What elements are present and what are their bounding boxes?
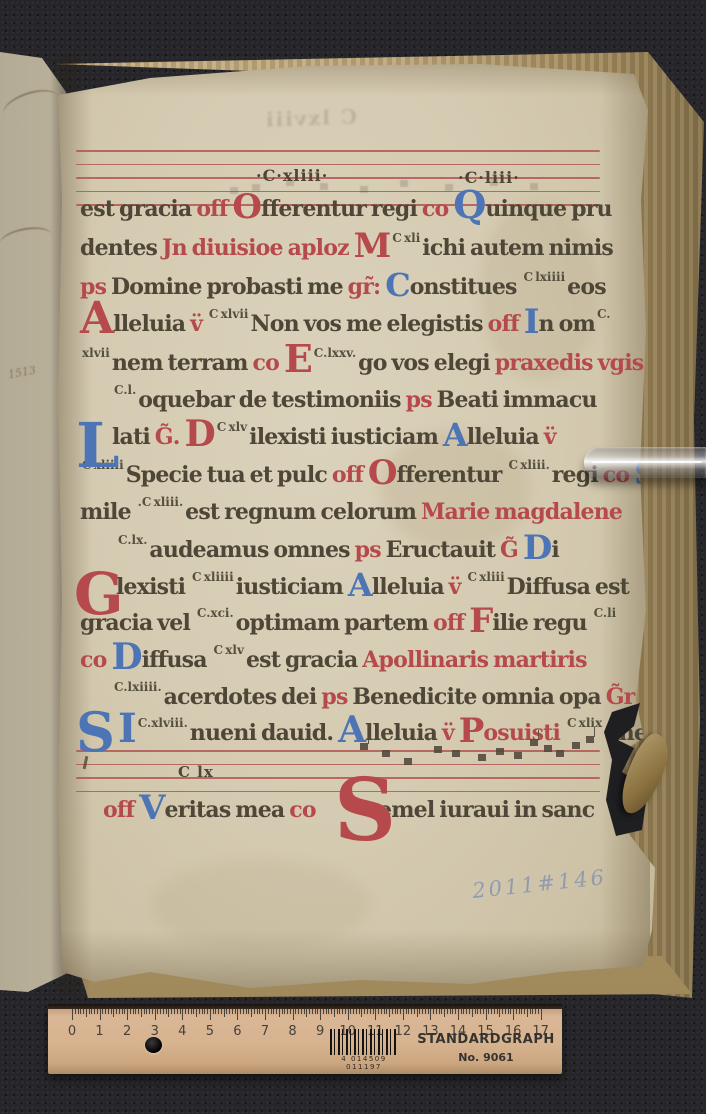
ruler-tick (356, 1009, 357, 1014)
text-segment: V (139, 788, 164, 828)
ruler-tick (229, 1009, 230, 1014)
ruler-tick (191, 1009, 192, 1014)
text-segment: lleluia (467, 424, 544, 450)
text-segment: fferentur (397, 462, 507, 488)
ruler-tick (268, 1009, 269, 1014)
ruler-tick (171, 1009, 172, 1014)
chapter-number-superscript: C.lxxv. (314, 346, 356, 360)
text-line: est gracia off Offerentur regi co Quinqu… (80, 198, 612, 220)
chapter-number-superscript: C.li (594, 606, 617, 620)
ruler-tick (486, 1009, 487, 1020)
illuminated-initial: L (76, 418, 118, 474)
ruler-cm-number: 6 (233, 1024, 241, 1039)
text-line: C xliiiiSpecie tua et pulc off Offerentu… (80, 464, 662, 489)
ruler-tick (497, 1009, 498, 1014)
ruler-tick (146, 1009, 147, 1014)
text-line: C.lxiiii.acerdotes dei ps Benedicite omn… (112, 686, 634, 711)
chapter-number-superscript: C xliii (468, 570, 505, 584)
ruler-tick (100, 1009, 101, 1020)
ruler-tick (199, 1009, 200, 1014)
ruler-tick (207, 1009, 208, 1014)
ruler-tick (359, 1009, 360, 1014)
ruler-tick (301, 1009, 302, 1014)
ruler-tick (397, 1009, 398, 1014)
ruler-tick (141, 1009, 142, 1017)
ruler-tick (414, 1009, 415, 1014)
text-segment: F (469, 601, 492, 641)
ruler-tick (221, 1009, 222, 1014)
text-segment: eos (567, 274, 606, 300)
text-line: mile .C xliii.est regnum celorum Marie m… (80, 501, 622, 526)
ruler-tick (259, 1009, 260, 1014)
ruler-tick (254, 1009, 255, 1014)
ruler-tick (513, 1009, 514, 1020)
ruler-tick (378, 1009, 379, 1014)
text-segment: i (551, 537, 559, 563)
ruler-tick (400, 1009, 401, 1014)
ruler-tick (480, 1009, 481, 1014)
ruler-tick (287, 1009, 288, 1014)
text-segment: est gracia (246, 647, 362, 673)
ruler-cm-number: 2 (123, 1024, 131, 1039)
barcode-digits: 4 014509 011197 (324, 1055, 404, 1071)
ruler-tick (276, 1009, 277, 1014)
text-line: IC.xlviii.nueni dauid. Alleluia v̈ Posui… (118, 722, 647, 747)
text-segment: Eructauit (386, 537, 500, 563)
text-segment: go vos elegi (358, 350, 495, 376)
ruler-tick (124, 1009, 125, 1014)
text-line: Alleluia v̈ C xlviiNon vos me elegistis … (80, 313, 613, 338)
ruler-cm-number: 7 (261, 1024, 269, 1039)
ruler-tick (218, 1009, 219, 1014)
ruler-tick (364, 1009, 365, 1014)
text-segment: emel iuraui in sanc (378, 797, 594, 823)
ruler-tick (491, 1009, 492, 1014)
ruler-tick (282, 1009, 283, 1014)
text-segment: D (185, 413, 215, 455)
text-segment: Beati immacu (437, 387, 597, 413)
ruler-tick (262, 1009, 263, 1014)
text-segment: lexisti (116, 574, 190, 600)
text-segment: dentes (80, 235, 162, 261)
ghost-neume (530, 183, 538, 190)
ruler-tick (94, 1009, 95, 1014)
ruler-tick (290, 1009, 291, 1014)
ruler-tick (271, 1009, 272, 1014)
text-segment: audeamus omnes (149, 537, 354, 563)
ruler-tick (403, 1009, 404, 1020)
ruler-tick (541, 1009, 542, 1020)
ruler-tick (353, 1009, 354, 1014)
ruler-tick (348, 1009, 349, 1020)
text-segment: D (111, 636, 141, 678)
ghost-neume (400, 180, 408, 187)
neume-note (544, 745, 552, 752)
chapter-number-superscript: .C xliii. (138, 495, 183, 509)
text-segment: ps (355, 537, 386, 563)
ruler-tick (80, 1009, 81, 1014)
ruler-tick (75, 1009, 76, 1014)
text-line: gracia vel C.xci.optimam partem off Fili… (80, 612, 618, 637)
ruler-tick (224, 1009, 225, 1017)
ruler-tick (463, 1009, 464, 1014)
ruler-tick (298, 1009, 299, 1014)
staff-line (76, 177, 600, 179)
text-segment: off (433, 610, 469, 636)
ruler-tick (361, 1009, 362, 1017)
ruler-tick (185, 1009, 186, 1014)
ruler-tick (505, 1009, 506, 1014)
text-segment: G̃ (500, 537, 523, 563)
chapter-number-superscript: C.l. (114, 383, 136, 397)
ruler-tick (375, 1009, 376, 1020)
chapter-number-superscript: C xliiii (192, 570, 234, 584)
ruler-tick (237, 1009, 238, 1020)
text-segment: v̈ (544, 424, 556, 450)
ghost-neume (490, 179, 498, 186)
text-segment: D (523, 528, 551, 568)
ruler-tick (339, 1009, 340, 1014)
ruler-tick (408, 1009, 409, 1014)
illuminated-initial: S (76, 708, 113, 757)
ruler-tick (466, 1009, 467, 1014)
ruler-tick (508, 1009, 509, 1014)
text-segment: est regnum celorum (185, 499, 421, 525)
ruler-tick (295, 1009, 296, 1014)
ruler-tick (149, 1009, 150, 1014)
text-line: C.lx.audeamus omnes ps Eructauit G̃ Di (116, 539, 559, 564)
ruler-tick (450, 1009, 451, 1014)
ruler-tick (293, 1009, 294, 1020)
ruler-tick (510, 1009, 511, 1014)
ruler-tick (370, 1009, 371, 1014)
text-segment: fferentur regi (261, 196, 422, 222)
ruler-tick (406, 1009, 407, 1014)
ruler-tick (182, 1009, 183, 1020)
ruler-tick (532, 1009, 533, 1014)
text-segment: est gracia (80, 196, 196, 222)
text-segment: I (118, 705, 136, 752)
ruler-tick (309, 1009, 310, 1014)
text-segment: n om (539, 311, 595, 337)
ruler-tick (166, 1009, 167, 1014)
text-segment: G̃. (155, 424, 185, 450)
parchment-stain (150, 860, 370, 950)
neume-note (452, 750, 460, 757)
text-segment: ilexisti iusticiam (249, 424, 443, 450)
text-segment: Apollinaris martiris (362, 647, 586, 673)
ruler-tick (306, 1009, 307, 1017)
illuminated-initial: G (74, 568, 122, 620)
text-segment: eritas mea (164, 797, 289, 823)
text-line: lati G̃. DC xlvilexisti iusticiam Allelu… (112, 426, 556, 451)
ruler-tick (213, 1009, 214, 1014)
ruler-cm-number: 0 (68, 1024, 76, 1039)
text-segment: A (443, 416, 467, 454)
ruler: 01234567891011121314151617 4 014509 0111… (48, 1004, 562, 1074)
text-segment: off (196, 196, 232, 222)
ruler-tick (235, 1009, 236, 1014)
ruler-tick (284, 1009, 285, 1014)
ruler-tick (232, 1009, 233, 1014)
ruler-tick (317, 1009, 318, 1014)
text-segment: iusticiam (236, 574, 348, 600)
ruler-tick (519, 1009, 520, 1014)
ruler-tick (251, 1009, 252, 1017)
ruler-tick (155, 1009, 156, 1020)
ghost-neume (230, 187, 238, 194)
photograph-of-manuscript: 1513 C lxviii ·C·xliii··C·liii·C lxest g… (0, 0, 706, 1114)
ruler-tick (472, 1009, 473, 1017)
text-segment: co (289, 797, 315, 823)
neume-note (496, 748, 504, 755)
neume-stem (594, 727, 596, 737)
text-line: lexisti C xliiiiiusticiam Alleluia v̈ C … (116, 576, 629, 601)
text-segment: uinque pru (485, 196, 611, 222)
neume-note (530, 739, 538, 746)
neume-note (404, 758, 412, 765)
text-segment: gr̃: (348, 274, 386, 300)
ruler-tick (204, 1009, 205, 1014)
text-segment: P (459, 711, 484, 751)
text-segment: ilie regu (492, 610, 591, 636)
text-line: dentes Jn diuisioe aploz MC xliichi aute… (80, 237, 613, 262)
ruler-tick (381, 1009, 382, 1014)
ruler-tick (83, 1009, 84, 1014)
text-segment: O (368, 453, 397, 493)
ruler-tick (331, 1009, 332, 1014)
show-through-text: C lxviii (264, 104, 358, 131)
text-segment: co (422, 196, 453, 222)
text-segment: ichi autem nimis (422, 235, 613, 261)
neume-note (572, 742, 580, 749)
ruler-tick (163, 1009, 164, 1014)
neume-note (360, 743, 368, 750)
ruler-tick (447, 1009, 448, 1014)
chapter-number-superscript: C lxiiii (523, 270, 565, 284)
ruler-tick (108, 1009, 109, 1014)
text-segment: A (80, 293, 113, 344)
ruler-tick (538, 1009, 539, 1014)
ruler-tick (113, 1009, 114, 1017)
ruler-cm-number: 9 (316, 1024, 324, 1039)
ruler-tick (127, 1009, 128, 1020)
ruler-tick (304, 1009, 305, 1014)
text-segment: Benedicite omnia opa (352, 684, 605, 710)
ruler-tick (384, 1009, 385, 1014)
ghost-neume (320, 183, 328, 190)
ruler-tick (174, 1009, 175, 1014)
ruler-tick (430, 1009, 431, 1020)
text-segment: v̈ (190, 311, 207, 337)
ruler-tick (337, 1009, 338, 1014)
ruler-tick (395, 1009, 396, 1014)
ruler-tick (152, 1009, 153, 1014)
chapter-number-superscript: C.xci. (197, 606, 234, 620)
ruler-tick (469, 1009, 470, 1014)
staff-folio-label: C lx (178, 763, 214, 781)
neume-note (478, 754, 486, 761)
text-line: emel iuraui in sanc (378, 799, 594, 821)
ruler-tick (168, 1009, 169, 1017)
ruler-tick (210, 1009, 211, 1020)
ruler-cm-number: 12 (395, 1024, 412, 1039)
text-segment: Jn diuisioe aploz (162, 235, 354, 261)
ruler-tick (389, 1009, 390, 1017)
text-segment: off (103, 797, 139, 823)
chapter-number-superscript: C xlv (214, 643, 244, 657)
ruler-brand: STANDARDGRAPH (416, 1032, 556, 1047)
ruler-tick (428, 1009, 429, 1014)
ruler-tick (246, 1009, 247, 1014)
ruler-tick (477, 1009, 478, 1014)
ruler-tick (135, 1009, 136, 1014)
ruler-tick (257, 1009, 258, 1014)
ruler-tick (524, 1009, 525, 1014)
ruler-tick (441, 1009, 442, 1014)
ruler-tick (105, 1009, 106, 1014)
chapter-number-superscript: C.lxiiii. (114, 680, 162, 694)
neume-note (586, 736, 594, 743)
ruler-tick (130, 1009, 131, 1014)
ruler-tick (157, 1009, 158, 1014)
text-segment: mile (80, 499, 136, 525)
text-segment: lleluia (113, 311, 190, 337)
staff-line (76, 150, 600, 152)
ruler-tick (334, 1009, 335, 1017)
ruler-tick (425, 1009, 426, 1014)
text-segment: A (348, 566, 372, 604)
ruler-tick (323, 1009, 324, 1014)
ghost-neume (360, 186, 368, 193)
chapter-number-superscript: C xlix (567, 716, 602, 730)
ruler-tick (119, 1009, 120, 1014)
ruler-tick (265, 1009, 266, 1020)
neume-note (514, 752, 522, 759)
ruler-tick (461, 1009, 462, 1014)
ruler-tick (345, 1009, 346, 1014)
text-segment: Domine probasti me (111, 274, 348, 300)
text-segment: praxedis vgis (495, 350, 644, 376)
ruler-tick (111, 1009, 112, 1014)
ruler-tick (320, 1009, 321, 1020)
ruler-tick (122, 1009, 123, 1014)
chapter-number-superscript: C. (597, 307, 611, 321)
ruler-tick (535, 1009, 536, 1014)
text-line: C.l.oquebar de testimoniis ps Beati imma… (112, 389, 597, 414)
ruler-tick (411, 1009, 412, 1014)
barcode-icon (330, 1029, 396, 1055)
text-segment: off (332, 462, 368, 488)
ruler-tick (144, 1009, 145, 1014)
text-segment: Non vos me elegistis (250, 311, 487, 337)
neume-note (434, 746, 442, 753)
ruler-tick (373, 1009, 374, 1014)
staff-line (76, 164, 600, 166)
ruler-tick (188, 1009, 189, 1014)
ruler-tick (367, 1009, 368, 1014)
ruler-tick (97, 1009, 98, 1014)
ruler-tick (386, 1009, 387, 1014)
text-segment: oquebar de testimoniis (138, 387, 405, 413)
glass-rod-page-weight (584, 447, 706, 478)
ruler-tick (392, 1009, 393, 1014)
text-segment: G̃r (606, 684, 635, 710)
ruler-tick (521, 1009, 522, 1014)
neume-stem (538, 730, 540, 740)
ruler-tick (417, 1009, 418, 1017)
ruler-cm-number: 4 (178, 1024, 186, 1039)
ruler-tick (452, 1009, 453, 1014)
text-segment: Marie magdalene (421, 499, 622, 525)
chapter-number-superscript: C xliii. (508, 458, 549, 472)
text-segment: I (524, 302, 539, 342)
ruler-tick (502, 1009, 503, 1014)
text-segment: C (385, 266, 409, 304)
text-segment: ps (321, 684, 352, 710)
staff-line (76, 191, 600, 193)
text-segment: osuisti (483, 720, 565, 746)
ruler-tick (248, 1009, 249, 1014)
ruler-tick (458, 1009, 459, 1020)
ruler-tick (455, 1009, 456, 1014)
text-segment: acerdotes dei (164, 684, 322, 710)
ruler-tick (499, 1009, 500, 1017)
ruler-tick (530, 1009, 531, 1014)
ruler-tick (433, 1009, 434, 1014)
text-segment: lati (112, 424, 155, 450)
ruler-tick (475, 1009, 476, 1014)
ruler-tick (527, 1009, 528, 1017)
text-segment: lleluia (372, 574, 449, 600)
text-segment: optimam partem (236, 610, 433, 636)
neume-note (382, 750, 390, 757)
ruler-tick (422, 1009, 423, 1014)
chapter-number-superscript: C xlvii (209, 307, 249, 321)
ruler-tick (133, 1009, 134, 1014)
text-segment: Specie tua et pulc (126, 462, 332, 488)
chapter-number-superscript: C.xlviii. (138, 716, 188, 730)
text-line: co Diffusa C xlvest gracia Apollinaris m… (80, 649, 587, 674)
ruler-tick (279, 1009, 280, 1017)
ruler-tick (215, 1009, 216, 1014)
ruler-tick (72, 1009, 73, 1020)
text-segment: co (252, 350, 283, 376)
ruler-tick (312, 1009, 313, 1014)
ruler-tick (177, 1009, 178, 1014)
illuminated-initial: S (334, 772, 394, 849)
text-segment: iffusa (142, 647, 212, 673)
ruler-model: No. 9061 (416, 1051, 556, 1064)
ruler-tick (326, 1009, 327, 1014)
manuscript-page: C lxviii ·C·xliii··C·liii·C lxest gracia… (0, 0, 706, 1114)
text-segment: v̈ (442, 720, 459, 746)
neume-note (556, 750, 564, 757)
ruler-tick (196, 1009, 197, 1017)
ruler-cm-number: 1 (95, 1024, 103, 1039)
ruler-tick (180, 1009, 181, 1014)
text-segment: onstitues (410, 274, 522, 300)
text-segment: E (284, 336, 312, 381)
ruler-tick (439, 1009, 440, 1014)
ruler-tick (226, 1009, 227, 1014)
chapter-number-superscript: C.lx. (118, 533, 147, 547)
chapter-number-superscript: C xlv (217, 420, 247, 434)
ruler-tick (342, 1009, 343, 1014)
ruler-tick (419, 1009, 420, 1014)
ruler-tick (89, 1009, 90, 1014)
ruler-tick (273, 1009, 274, 1014)
